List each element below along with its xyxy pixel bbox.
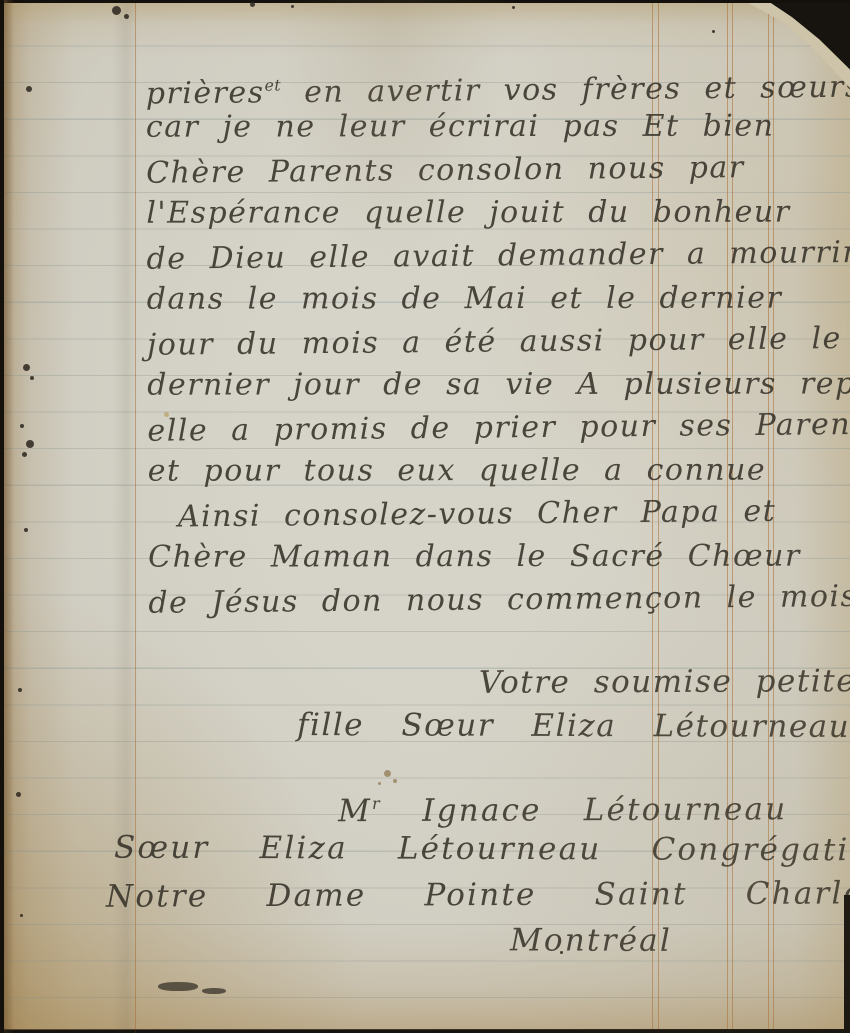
letter-body-line: Chère Parents consolon nous par	[146, 144, 850, 195]
binding-edge-band	[4, 0, 14, 1033]
line-text: jour du mois a été aussi pour elle le	[147, 321, 842, 363]
line-text: Montréal	[510, 922, 672, 959]
letter-body-line: et pour tous eux quelle a connue	[148, 448, 850, 492]
line-text: fille Sœur Eliza Létourneau	[297, 707, 850, 745]
photo-edge-right	[844, 895, 850, 1033]
paper-stain	[378, 782, 381, 785]
ink-spot	[18, 688, 22, 692]
line-text: Notre Dame Pointe Saint Charles	[106, 875, 850, 914]
letter-body-line: jour du mois a été aussi pour elle le	[147, 316, 850, 367]
ink-spot	[23, 364, 30, 371]
line-text: de Dieu elle avait demander a mourrir	[146, 235, 850, 277]
ink-spot	[26, 440, 34, 448]
letter-body-line: prièreset en avertir vos frères et sœurs	[145, 58, 850, 109]
letter-body: prièreset en avertir vos frères et sœurs…	[146, 60, 850, 623]
line-text: elle a promis de prier pour ses Parents	[147, 407, 850, 449]
ink-spot	[112, 6, 121, 15]
ink-spot	[712, 30, 715, 33]
address-line: Notre Dame Pointe Saint Charles	[106, 870, 850, 919]
ink-spot	[24, 528, 28, 532]
signature-block: Votre soumise petitefille Sœur Eliza Lét…	[147, 660, 850, 748]
line-text: Sœur Eliza Létourneau Congrégation	[114, 830, 850, 869]
ink-spot	[20, 424, 24, 428]
ink-spot	[26, 86, 32, 92]
letter-body-line: de Dieu elle avait demander a mourrir	[146, 230, 850, 281]
line-text: Votre soumise petite	[479, 663, 850, 701]
address-line: Montréal	[510, 917, 850, 964]
line-text: Ainsi consolez-vous Cher Papa et	[178, 494, 777, 535]
letter-body-line: car je ne leur écrirai pas Et bien	[146, 104, 850, 148]
letter-body-line: dernier jour de sa vie A plusieurs repri…	[147, 362, 850, 406]
address-line: Mr Ignace Létourneau	[338, 779, 850, 827]
letter-body-line: dans le mois de Mai et le dernier	[147, 276, 850, 320]
paper-stain	[384, 770, 391, 777]
address-line: Sœur Eliza Létourneau Congrégation	[114, 825, 850, 874]
bottom-smudge	[202, 988, 226, 994]
letter-body-line: elle a promis de prier pour ses Parents	[147, 402, 850, 453]
superscript-insertion: et	[264, 76, 281, 94]
ink-spot	[250, 2, 255, 7]
address-block: Mr Ignace LétourneauSœur Eliza Létournea…	[100, 780, 850, 964]
ink-spot	[124, 14, 129, 19]
line-text: dernier jour de sa vie A plusieurs repri…	[147, 366, 850, 402]
paper-stain	[164, 412, 169, 417]
ink-spot	[560, 951, 563, 954]
letter-body-line: de Jésus don nous commençon le mois	[148, 574, 850, 625]
ink-spot	[30, 376, 34, 380]
photo-edge-bottom	[0, 1029, 850, 1033]
photo-edge-top	[0, 0, 850, 3]
line-text: l'Espérance quelle jouit du bonheur	[146, 195, 790, 231]
ink-spot	[22, 452, 27, 457]
ink-spot	[16, 792, 21, 797]
line-text: Ignace Létourneau	[380, 791, 787, 829]
photographed-letter-page: { "document": { "kind": "handwritten-let…	[0, 0, 850, 1033]
signature-line: fille Sœur Eliza Létourneau	[297, 703, 850, 749]
letter-body-line: l'Espérance quelle jouit du bonheur	[146, 190, 850, 234]
line-text: dans le mois de Mai et le dernier	[147, 281, 783, 317]
signature-line: Votre soumise petite	[479, 659, 850, 705]
letter-body-line: Chère Maman dans le Sacré Chœur	[148, 534, 850, 578]
letter-body-line: Ainsi consolez-vous Cher Papa et	[148, 488, 850, 539]
bottom-smudge	[158, 982, 198, 991]
line-text: car je ne leur écrirai pas Et bien	[146, 109, 775, 145]
ink-spot	[291, 5, 294, 8]
line-text: de Jésus don nous commençon le mois	[148, 579, 850, 621]
line-text: et pour tous eux quelle a connue	[148, 453, 767, 489]
ink-spot	[20, 914, 23, 917]
line-text: Chère Maman dans le Sacré Chœur	[148, 539, 801, 575]
line-text: Chère Parents consolon nous par	[146, 150, 745, 191]
ink-spot	[512, 6, 515, 9]
line-text: M	[338, 793, 372, 829]
superscript-insertion: r	[372, 794, 380, 813]
paper-stain	[393, 779, 397, 783]
